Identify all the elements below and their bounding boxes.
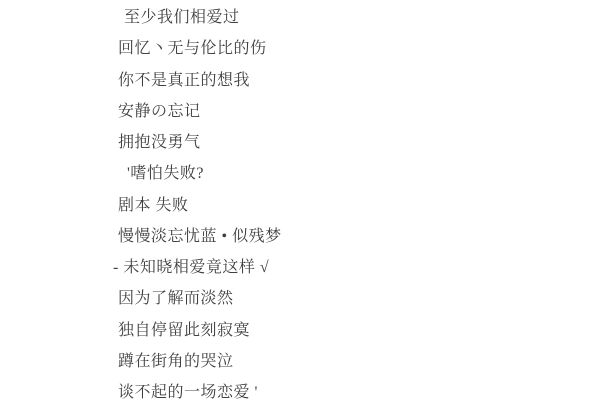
lyrics-page: 至少我们相爱过 回忆丶无与伦比的伤 你不是真正的想我 安静の忘记 拥抱没勇气 '…: [0, 0, 600, 400]
lyric-line: '嗜怕失败?: [118, 156, 578, 187]
lyric-line: 回忆丶无与伦比的伤: [118, 31, 578, 62]
lyric-line: 慢慢淡忘忧蓝 • 似残梦: [118, 219, 578, 250]
lyric-line: 因为了解而淡然: [118, 281, 578, 312]
lyric-line: 拥抱没勇气: [118, 125, 578, 156]
lyric-line: 蹲在街角的哭泣: [118, 344, 578, 375]
lyric-line: 至少我们相爱过: [118, 0, 578, 31]
lyric-line: 你不是真正的想我: [118, 63, 578, 94]
lyric-line: 安静の忘记: [118, 94, 578, 125]
lyric-line: 谈不起的一场恋爱 ': [118, 375, 578, 400]
lyric-line: - 未知晓相爱竟这样 √: [113, 250, 578, 281]
lyric-line: 剧本 失败: [118, 188, 578, 219]
lyric-line: 独自停留此刻寂寞: [118, 313, 578, 344]
lyrics-list: 至少我们相爱过 回忆丶无与伦比的伤 你不是真正的想我 安静の忘记 拥抱没勇气 '…: [118, 0, 578, 400]
